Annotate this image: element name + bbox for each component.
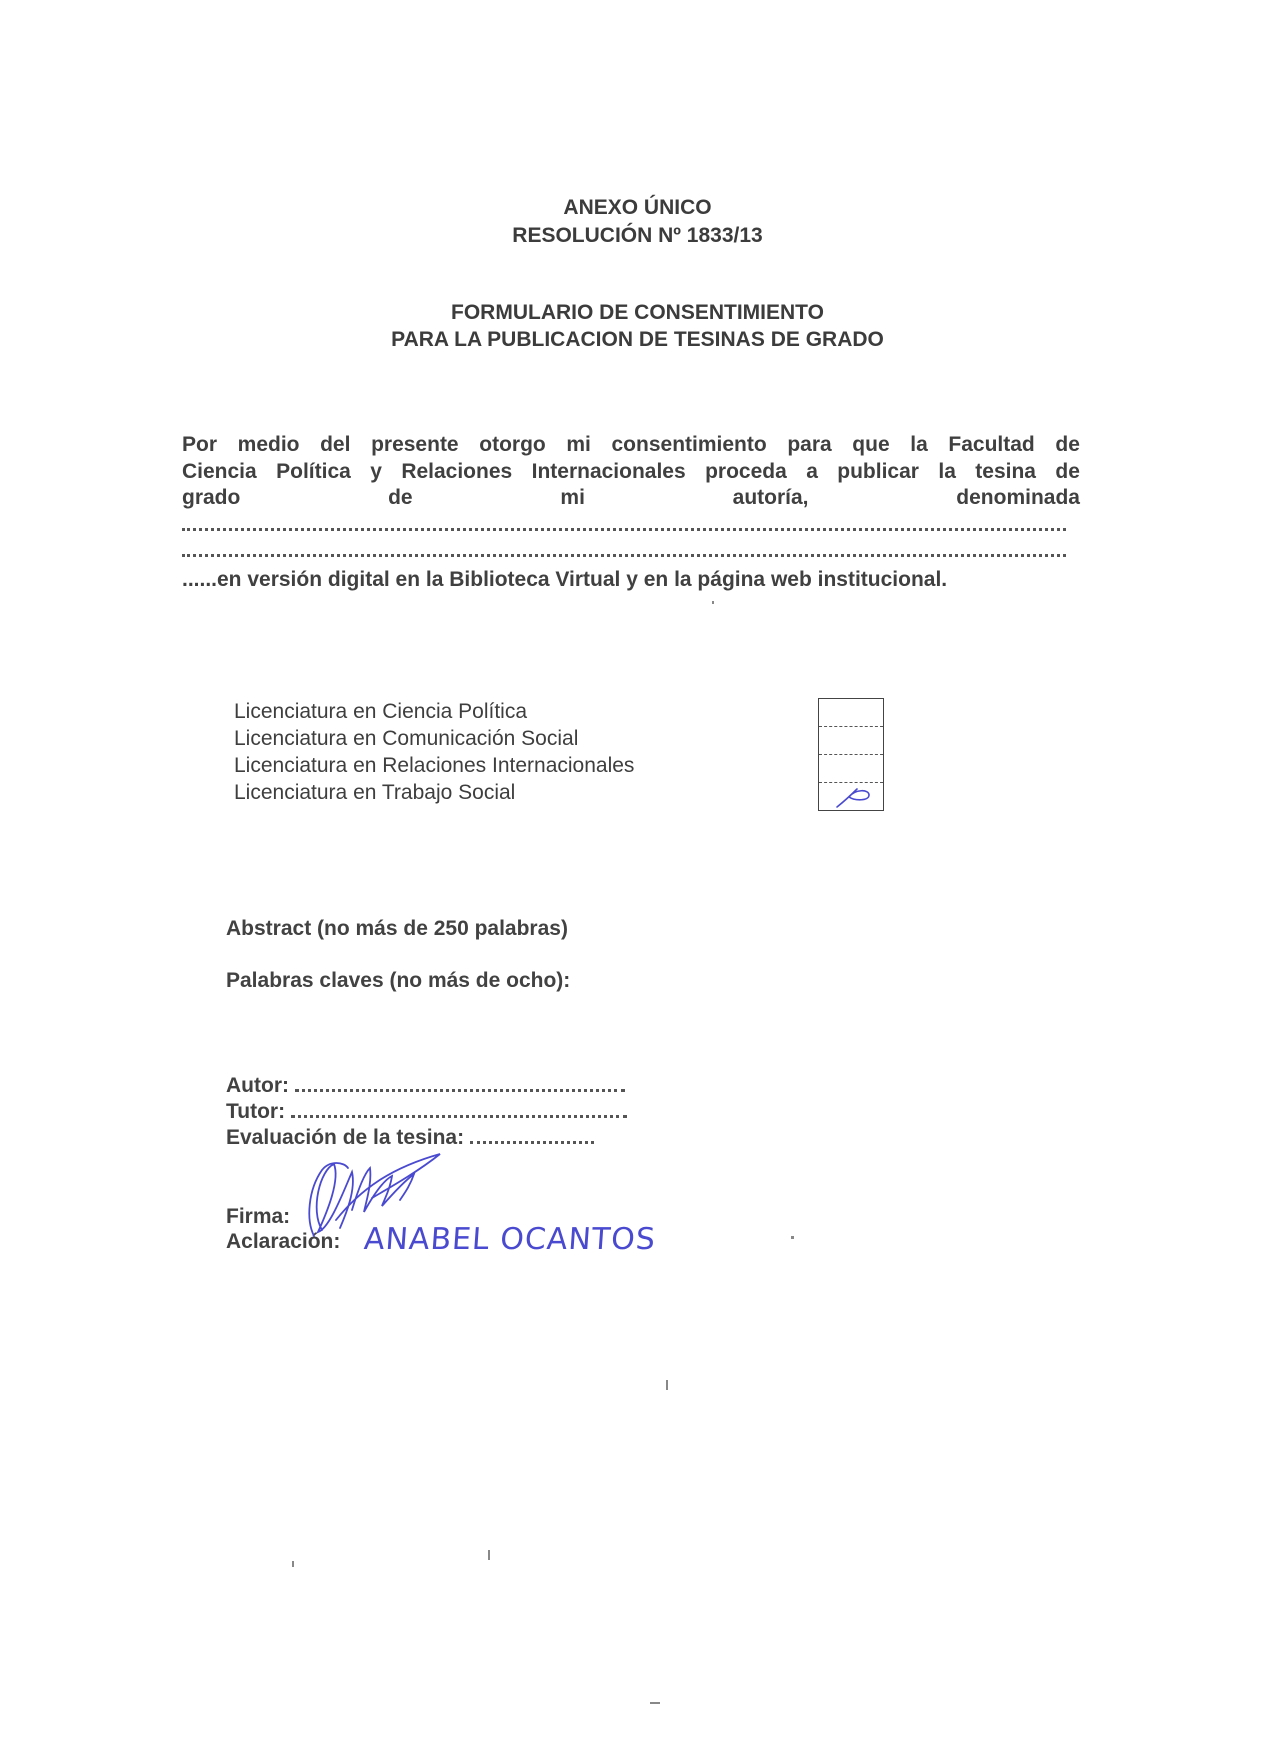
tutor-label: Tutor:: [226, 1100, 285, 1123]
consent-word: de: [388, 485, 413, 511]
author-field: Autor:: [226, 1074, 625, 1098]
consent-word: que: [852, 432, 889, 458]
program-checkbox[interactable]: [819, 699, 883, 727]
program-label: Licenciatura en Ciencia Política: [234, 698, 634, 725]
consent-word: tesina: [975, 459, 1036, 485]
consent-word: proceda: [705, 459, 787, 485]
evaluation-label: Evaluación de la tesina:: [226, 1126, 464, 1149]
annex-title: ANEXO ÚNICO: [0, 196, 1275, 220]
consent-word: otorgo: [479, 432, 545, 458]
consent-line-1: Pormediodelpresenteotorgomiconsentimient…: [182, 432, 1080, 458]
program-label: Licenciatura en Trabajo Social: [234, 779, 634, 806]
consent-word: autoría,: [733, 485, 809, 511]
consent-word: Ciencia: [182, 459, 257, 485]
consent-word: grado: [182, 485, 240, 511]
consent-word: publicar: [837, 459, 919, 485]
keywords-label: Palabras claves (no más de ocho):: [226, 969, 570, 993]
consent-word: para: [787, 432, 831, 458]
form-subtitle: PARA LA PUBLICACION DE TESINAS DE GRADO: [0, 328, 1275, 352]
handwritten-check-mark-icon: [819, 783, 883, 810]
tutor-input[interactable]: [291, 1101, 627, 1118]
consent-word: Por: [182, 432, 217, 458]
consent-word: presente: [371, 432, 459, 458]
form-title: FORMULARIO DE CONSENTIMIENTO: [0, 301, 1275, 325]
consent-word: a: [806, 459, 818, 485]
thesis-title-field-line-1[interactable]: [182, 524, 1066, 531]
author-input[interactable]: [295, 1075, 625, 1092]
consent-word: denominada: [956, 485, 1080, 511]
consent-word: Relaciones: [401, 459, 512, 485]
evaluation-input[interactable]: [470, 1127, 594, 1144]
program-checkbox[interactable]: [819, 755, 883, 783]
consent-word: de: [1055, 432, 1080, 458]
consent-word: del: [320, 432, 350, 458]
author-label: Autor:: [226, 1074, 289, 1097]
consent-word: Internacionales: [532, 459, 686, 485]
program-label: Licenciatura en Comunicación Social: [234, 725, 634, 752]
consent-word: medio: [238, 432, 300, 458]
signature-label: Firma:: [226, 1205, 290, 1229]
consent-closing: ......en versión digital en la Bibliotec…: [182, 567, 1080, 593]
program-checkbox[interactable]: [819, 727, 883, 755]
consent-word: y: [370, 459, 382, 485]
resolution-number: RESOLUCIÓN Nº 1833/13: [0, 224, 1275, 248]
scan-speck: [712, 601, 714, 604]
consent-line-3: gradodemiautoría,denominada: [182, 485, 1080, 511]
scan-speck: [791, 1236, 794, 1239]
program-label: Licenciatura en Relaciones Internacional…: [234, 752, 634, 779]
thesis-title-field-line-2[interactable]: [182, 550, 1066, 557]
program-list: Licenciatura en Ciencia PolíticaLicencia…: [234, 698, 634, 806]
consent-word: la: [938, 459, 956, 485]
scan-speck: [666, 1380, 668, 1390]
program-checkbox-column: [818, 698, 884, 811]
consent-word: consentimiento: [612, 432, 767, 458]
program-checkbox[interactable]: [819, 783, 883, 810]
scan-speck: [292, 1561, 294, 1567]
tutor-field: Tutor:: [226, 1100, 627, 1124]
scan-speck: [650, 1702, 660, 1704]
scan-speck: [488, 1550, 490, 1560]
abstract-label: Abstract (no más de 250 palabras): [226, 917, 568, 941]
consent-word: de: [1055, 459, 1080, 485]
consent-line-2: CienciaPolíticayRelacionesInternacionale…: [182, 459, 1080, 485]
clarification-handwritten-name: ANABEL OCANTOS: [363, 1222, 657, 1257]
consent-word: mi: [560, 485, 585, 511]
consent-word: Política: [276, 459, 351, 485]
consent-word: mi: [566, 432, 591, 458]
consent-word: Facultad: [948, 432, 1034, 458]
consent-word: la: [910, 432, 928, 458]
evaluation-field: Evaluación de la tesina:: [226, 1126, 594, 1150]
